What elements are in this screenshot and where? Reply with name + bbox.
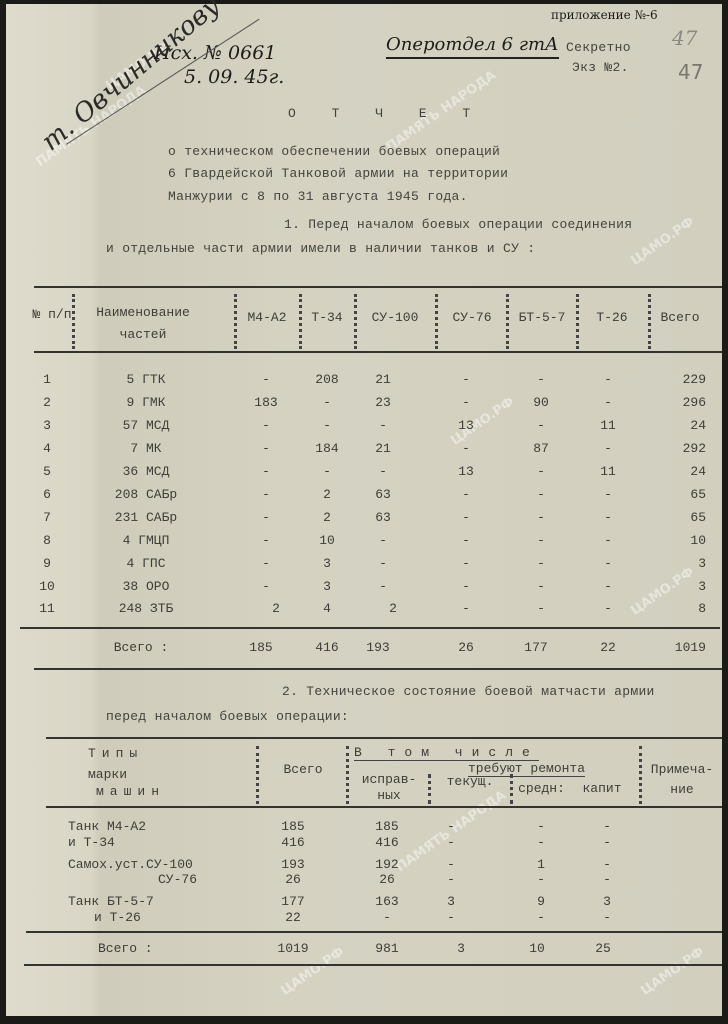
serviceable-count: 26 xyxy=(362,872,412,887)
t34-count: - xyxy=(300,418,354,433)
t26-count: - xyxy=(578,510,638,525)
su100-count: 2 xyxy=(366,601,420,616)
m4a2-count: 2 xyxy=(246,601,306,616)
table1-top-rule xyxy=(34,286,722,288)
bt57-count: - xyxy=(511,533,571,548)
table2-top-rule xyxy=(46,737,722,739)
t34-count: 2 xyxy=(300,510,354,525)
row-total: 10 xyxy=(646,533,706,548)
su100-count: 63 xyxy=(356,487,410,502)
unit-name: 38 ОРО xyxy=(96,579,196,594)
row-total: 8 xyxy=(646,601,706,616)
row-number: 2 xyxy=(32,395,62,410)
unit-name: 7 МК xyxy=(96,441,196,456)
t26-count: - xyxy=(578,372,638,387)
su100-count: 21 xyxy=(356,441,410,456)
su76-count: - xyxy=(436,601,496,616)
t34-count: 10 xyxy=(300,533,354,548)
su76-count: - xyxy=(436,579,496,594)
row-total: 296 xyxy=(646,395,706,410)
table2-header-rule xyxy=(46,806,722,808)
su76-count: - xyxy=(436,487,496,502)
t26-count: 11 xyxy=(578,418,638,433)
su76-total: 26 xyxy=(436,640,496,655)
bt57-count: - xyxy=(511,487,571,502)
table-row: 11 248 ЗТБ 2 4 2 - - - 8 xyxy=(6,601,722,621)
table-row: 7 231 САБр - 2 63 - - - 65 xyxy=(6,510,722,530)
current-repair-count: - xyxy=(436,835,466,850)
table2-totals-row: Всего : 1019 981 3 10 25 xyxy=(6,941,722,959)
m4a2-count: - xyxy=(236,510,296,525)
machine-type: и Т-26 xyxy=(94,910,141,925)
col-header-types: Типы xyxy=(88,746,143,761)
table-row: 2 9 ГМК 183 - 23 - 90 - 296 xyxy=(6,395,722,415)
unit-name: 231 САБр xyxy=(96,510,196,525)
current-repair-count: - xyxy=(436,857,466,872)
grand-total: 1019 xyxy=(646,640,706,655)
m4a2-count: 183 xyxy=(236,395,296,410)
t26-count: - xyxy=(578,441,638,456)
table-row: СУ-76 26 26 - - - xyxy=(6,872,722,890)
row-total: 3 xyxy=(646,579,706,594)
bt57-count: - xyxy=(511,464,571,479)
t34-count: - xyxy=(300,395,354,410)
t26-count: - xyxy=(578,601,638,616)
su76-count: - xyxy=(436,441,496,456)
t34-count: 2 xyxy=(300,487,354,502)
section2-intro-1: 2. Техническое состояние боевой матчасти… xyxy=(282,684,655,699)
row-total: 3 xyxy=(646,556,706,571)
unit-name: 57 МСД xyxy=(96,418,196,433)
t34-count: 3 xyxy=(300,579,354,594)
su76-count: - xyxy=(436,556,496,571)
title-line-3: Манжурии с 8 по 31 августа 1945 года. xyxy=(168,189,468,204)
su76-count: 13 xyxy=(436,464,496,479)
serviceable-count: - xyxy=(362,910,412,925)
t34-count: 3 xyxy=(300,556,354,571)
m4a2-count: - xyxy=(236,556,296,571)
unit-name: 9 ГМК xyxy=(96,395,196,410)
bt57-count: - xyxy=(511,418,571,433)
serviceable-count: 416 xyxy=(362,835,412,850)
t26-count: 11 xyxy=(578,464,638,479)
column-divider xyxy=(256,746,262,804)
row-total: 229 xyxy=(646,372,706,387)
su76-count: - xyxy=(436,395,496,410)
su76-count: 13 xyxy=(436,418,496,433)
col-header-capital: капит xyxy=(572,781,632,796)
section1-intro-2: и отдельные части армии имели в наличии … xyxy=(106,241,535,256)
row-number: 10 xyxy=(32,579,62,594)
totals-label: Всего : xyxy=(98,941,153,956)
table-row: 8 4 ГМЦП - 10 - - - - 10 xyxy=(6,533,722,553)
row-number: 1 xyxy=(32,372,62,387)
row-number: 9 xyxy=(32,556,62,571)
table2-totals-rule xyxy=(26,931,722,933)
t26-count: - xyxy=(578,556,638,571)
m4a2-count: - xyxy=(236,487,296,502)
bt57-total: 177 xyxy=(506,640,566,655)
row-number: 8 xyxy=(32,533,62,548)
m4a2-count: - xyxy=(236,533,296,548)
col-header-machines: машин xyxy=(96,784,165,799)
t34-count: 4 xyxy=(300,601,354,616)
bt57-count: - xyxy=(511,372,571,387)
machine-type: и Т-34 xyxy=(68,835,115,850)
col-header-bt57: БТ-5-7 xyxy=(508,310,576,325)
page-number-stamp: 47 xyxy=(678,60,703,84)
su100-total: 193 xyxy=(351,640,405,655)
outgoing-date: 5. 09. 45г. xyxy=(184,66,284,88)
row-total: 65 xyxy=(646,487,706,502)
bt57-count: 87 xyxy=(511,441,571,456)
capital-repair-count: - xyxy=(592,872,622,887)
col-header-marks: марки xyxy=(88,767,127,782)
table-row: 5 36 МСД - - - 13 - 11 24 xyxy=(6,464,722,484)
su100-count: - xyxy=(356,464,410,479)
table1-totals-row: Всего : 185 416 193 26 177 22 1019 xyxy=(6,640,722,660)
totals-label: Всего : xyxy=(96,640,186,655)
total-count: 177 xyxy=(268,894,318,909)
m4a2-count: - xyxy=(236,464,296,479)
m4a2-count: - xyxy=(236,441,296,456)
t26-count: - xyxy=(578,579,638,594)
total-count: 185 xyxy=(268,819,318,834)
machine-type: СУ-76 xyxy=(158,872,197,887)
m4a2-count: - xyxy=(236,372,296,387)
title-line-2: 6 Гвардейской Танковой армии на территор… xyxy=(168,166,508,181)
bt57-count: - xyxy=(511,579,571,594)
section2-top-rule xyxy=(34,668,722,670)
row-number: 11 xyxy=(32,601,62,616)
document-page: ЦАМО.РФ ПАМЯТЬ НАРОДА ПАМЯТЬ НАРОДА ЦАМО… xyxy=(6,4,722,1016)
su76-count: - xyxy=(436,372,496,387)
row-number: 3 xyxy=(32,418,62,433)
t26-count: - xyxy=(578,487,638,502)
t34-count: - xyxy=(300,464,354,479)
m4a2-count: - xyxy=(236,418,296,433)
capital-repair-count: - xyxy=(592,835,622,850)
su100-count: 63 xyxy=(356,510,410,525)
machine-type: Танк М4-А2 xyxy=(68,819,146,834)
su76-count: - xyxy=(436,510,496,525)
col-header-serviceable: исправ- ных xyxy=(351,772,427,804)
row-number: 4 xyxy=(32,441,62,456)
col-header-su76: СУ-76 xyxy=(438,310,506,325)
unit-name: 4 ГПС xyxy=(96,556,196,571)
unit-name: 36 МСД xyxy=(96,464,196,479)
unit-name: 208 САБр xyxy=(96,487,196,502)
bt57-count: - xyxy=(511,510,571,525)
medium-repair-count: 9 xyxy=(526,894,556,909)
t26-count: - xyxy=(578,533,638,548)
table2-bottom-rule xyxy=(24,964,722,966)
col-header-current: текущ. xyxy=(432,774,508,789)
row-number: 7 xyxy=(32,510,62,525)
watermark: ЦАМО.РФ xyxy=(628,214,697,268)
current-repair-count: - xyxy=(436,910,466,925)
table-row: 1 5 ГТК - 208 21 - - - 229 xyxy=(6,372,722,392)
medium-repair-count: - xyxy=(526,872,556,887)
title-line-1: о техническом обеспечении боевых операци… xyxy=(168,144,500,159)
section1-intro-1: 1. Перед началом боевых операции соедине… xyxy=(284,217,632,232)
current-repair-count: - xyxy=(436,819,466,834)
machine-type: Самох.уст.СУ-100 xyxy=(68,857,193,872)
table-row: 3 57 МСД - - - 13 - 11 24 xyxy=(6,418,722,438)
bt57-count: - xyxy=(511,556,571,571)
row-number: 5 xyxy=(32,464,62,479)
total-count: 1019 xyxy=(268,941,318,956)
total-count: 26 xyxy=(268,872,318,887)
total-count: 416 xyxy=(268,835,318,850)
m4a2-count: - xyxy=(236,579,296,594)
attachment-note: приложение №-6 xyxy=(551,8,658,22)
current-repair-count: 3 xyxy=(436,894,466,909)
col-header-unit: Наименование частей xyxy=(78,302,208,346)
t34-count: 184 xyxy=(300,441,354,456)
document-title: О Т Ч Е Т xyxy=(288,106,484,121)
row-total: 24 xyxy=(646,418,706,433)
table1-header-rule xyxy=(34,351,722,353)
unit-name: 248 ЗТБ xyxy=(96,601,196,616)
table-row: и Т-34 416 416 - - - xyxy=(6,835,722,853)
medium-repair-count: 1 xyxy=(526,857,556,872)
col-header-including: В том числе xyxy=(354,745,539,761)
capital-repair-total: 25 xyxy=(588,941,618,956)
section2-intro-2: перед началом боевых операции: xyxy=(106,709,349,724)
machine-type: Танк БТ-5-7 xyxy=(68,894,154,909)
total-count: 193 xyxy=(268,857,318,872)
page-number: 47 xyxy=(672,26,697,50)
current-repair-total: 3 xyxy=(446,941,476,956)
col-header-su100: СУ-100 xyxy=(356,310,434,325)
capital-repair-count: - xyxy=(592,857,622,872)
current-repair-count: - xyxy=(436,872,466,887)
bt57-count: 90 xyxy=(511,395,571,410)
capital-repair-count: - xyxy=(592,910,622,925)
su100-count: - xyxy=(356,556,410,571)
copy-number: Экз №2. xyxy=(572,60,629,75)
su100-count: - xyxy=(356,579,410,594)
row-total: 24 xyxy=(646,464,706,479)
col-header-t26: Т-26 xyxy=(578,310,646,325)
medium-repair-total: 10 xyxy=(522,941,552,956)
col-header-total: Всего xyxy=(650,310,710,325)
table-row: 4 7 МК - 184 21 - 87 - 292 xyxy=(6,441,722,461)
unit-name: 5 ГТК xyxy=(96,372,196,387)
su100-count: - xyxy=(356,533,410,548)
bt57-count: - xyxy=(511,601,571,616)
col-header-total: Всего xyxy=(268,762,338,777)
t34-total: 416 xyxy=(300,640,354,655)
medium-repair-count: - xyxy=(526,910,556,925)
su100-count: 21 xyxy=(356,372,410,387)
serviceable-count: 192 xyxy=(362,857,412,872)
su100-count: - xyxy=(356,418,410,433)
serviceable-count: 185 xyxy=(362,819,412,834)
t34-count: 208 xyxy=(300,372,354,387)
medium-repair-count: - xyxy=(526,835,556,850)
row-total: 65 xyxy=(646,510,706,525)
col-header-m4a2: М4-А2 xyxy=(236,310,298,325)
t26-total: 22 xyxy=(578,640,638,655)
table-row: 10 38 ОРО - 3 - - - - 3 xyxy=(6,579,722,599)
secrecy-label: Секретно xyxy=(566,40,631,55)
col-header-medium: средн: xyxy=(514,781,569,796)
row-total: 292 xyxy=(646,441,706,456)
m4a2-total: 185 xyxy=(231,640,291,655)
capital-repair-count: - xyxy=(592,819,622,834)
medium-repair-count: - xyxy=(526,819,556,834)
col-header-t34: Т-34 xyxy=(300,310,354,325)
table-row: и Т-26 22 - - - - xyxy=(6,910,722,928)
t26-count: - xyxy=(578,395,638,410)
table-row: 9 4 ГПС - 3 - - - - 3 xyxy=(6,556,722,576)
col-header-notes: Примеча- ние xyxy=(644,760,720,800)
col-header-number: № п/п xyxy=(32,307,72,322)
department-stamp: Опеpотдел 6 гтА xyxy=(386,34,559,59)
serviceable-total: 981 xyxy=(362,941,412,956)
unit-name: 4 ГМЦП xyxy=(96,533,196,548)
total-count: 22 xyxy=(268,910,318,925)
row-number: 6 xyxy=(32,487,62,502)
su76-count: - xyxy=(436,533,496,548)
serviceable-count: 163 xyxy=(362,894,412,909)
su100-count: 23 xyxy=(356,395,410,410)
table-row: 6 208 САБр - 2 63 - - - 65 xyxy=(6,487,722,507)
capital-repair-count: 3 xyxy=(592,894,622,909)
table1-totals-rule xyxy=(20,627,720,629)
